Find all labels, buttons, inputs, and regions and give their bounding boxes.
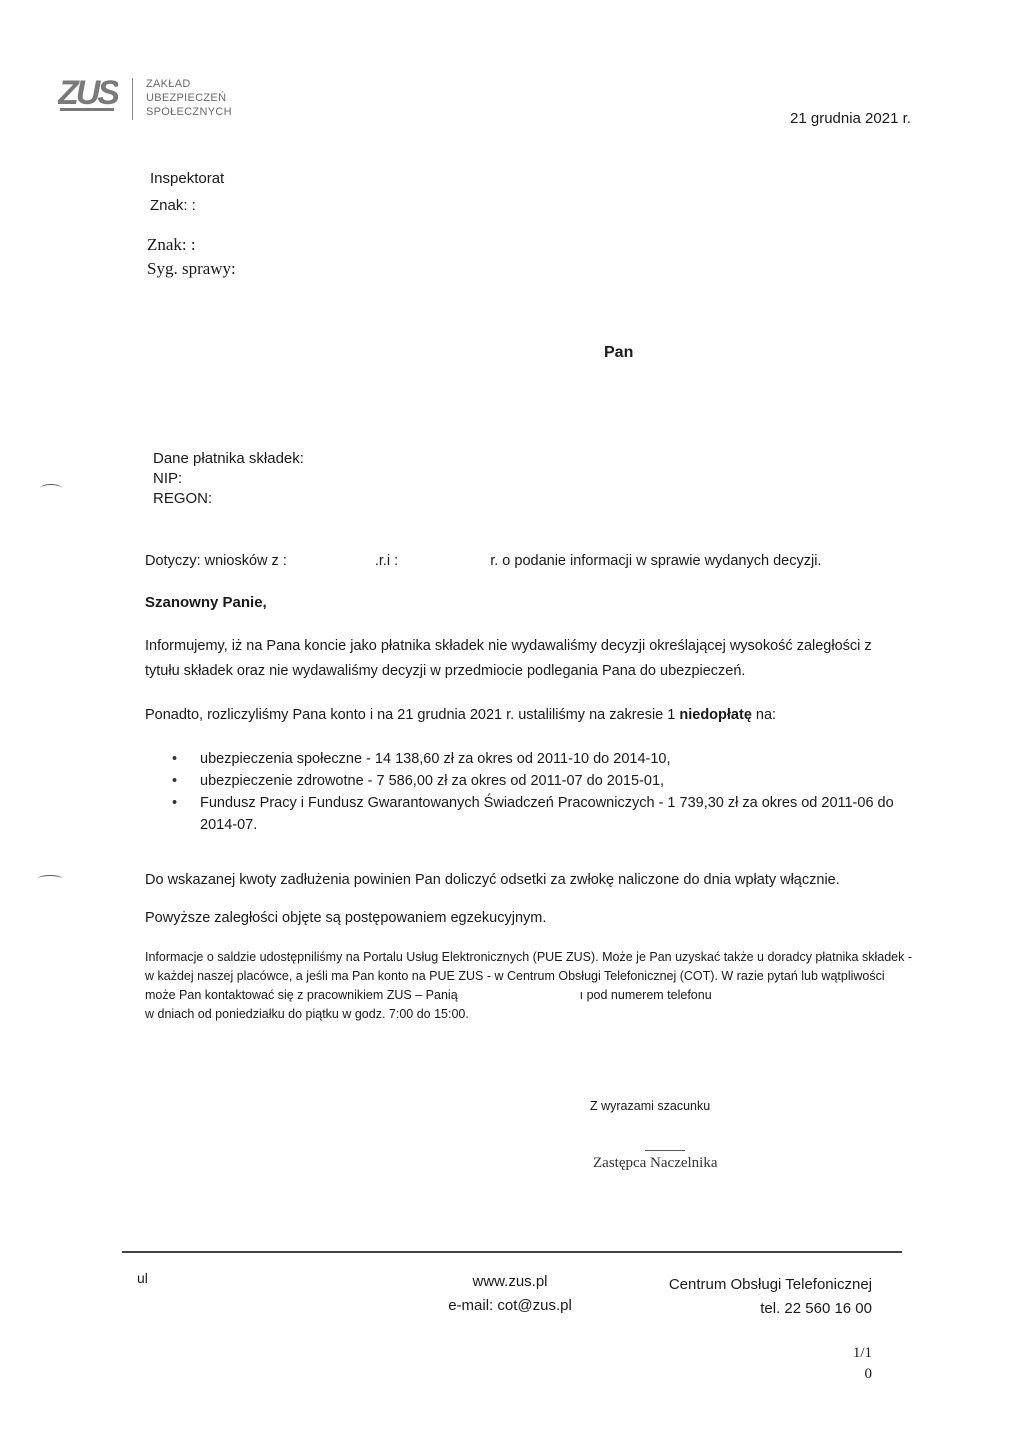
footer-call-center: Centrum Obsługi Telefonicznej tel. 22 56… bbox=[664, 1273, 872, 1321]
info-paragraph: Informacje o saldzie udostępniliśmy na P… bbox=[145, 948, 915, 1024]
office-znak: Znak: : bbox=[150, 192, 224, 219]
payer-block: Dane płatnika składek: NIP: REGON: bbox=[153, 449, 304, 509]
page-number-suffix: 0 bbox=[840, 1364, 872, 1385]
paragraph-interest: Do wskazanej kwoty zadłużenia powinien P… bbox=[145, 868, 905, 893]
footer-address: ul bbox=[137, 1270, 148, 1286]
footer-contact: www.zus.pl e-mail: cot@zus.pl bbox=[446, 1270, 574, 1318]
arrears-item: ubezpieczenie zdrowotne - 7 586,00 zł za… bbox=[172, 770, 912, 792]
recipient-name: Pan bbox=[604, 344, 633, 362]
signature-mark bbox=[645, 1150, 685, 1151]
punch-hole-mark bbox=[38, 875, 62, 882]
svg-text:ZUS: ZUS bbox=[58, 74, 118, 112]
info-text-3: w dniach od poniedziałku do piątku w god… bbox=[145, 1007, 469, 1021]
letter-date: 21 grudnia 2021 r. bbox=[790, 110, 911, 127]
signer-role: Zastępca Naczelnika bbox=[593, 1155, 718, 1172]
reference-znak: Znak: : bbox=[147, 233, 236, 257]
office-block: Inspektorat Znak: : bbox=[150, 165, 224, 219]
subject-prefix: Dotyczy: wniosków z : bbox=[145, 553, 287, 569]
arrears-item: ubezpieczenia społeczne - 14 138,60 zł z… bbox=[172, 748, 912, 770]
paragraph-decisions: Informujemy, iż na Pana koncie jako płat… bbox=[145, 634, 905, 684]
office-unit: Inspektorat bbox=[150, 165, 224, 192]
settlement-text-end: na: bbox=[752, 707, 776, 723]
subject-suffix: r. o podanie informacji w sprawie wydany… bbox=[490, 553, 821, 569]
paragraph-enforcement: Powyższe zaległości objęte są postępowan… bbox=[145, 906, 905, 931]
info-text-1: Informacje o saldzie udostępniliśmy na P… bbox=[145, 950, 912, 1002]
payer-regon: REGON: bbox=[153, 489, 304, 509]
logo-divider bbox=[132, 78, 133, 120]
call-center-label: Centrum Obsługi Telefonicznej bbox=[664, 1273, 872, 1297]
payer-nip: NIP: bbox=[153, 469, 304, 489]
reference-block: Znak: : Syg. sprawy: bbox=[147, 233, 236, 281]
settlement-bold: niedopłatę bbox=[679, 707, 752, 723]
page-number: 1/1 0 bbox=[840, 1343, 872, 1385]
info-text-2: ı pod numerem telefonu bbox=[580, 988, 712, 1002]
logo-line-3: SPOŁECZNYCH bbox=[146, 105, 232, 119]
subject-middle: .r.i : bbox=[375, 553, 398, 569]
settlement-text-start: Ponadto, rozliczyliśmy Pana konto i na 2… bbox=[145, 707, 679, 723]
footer-email[interactable]: e-mail: cot@zus.pl bbox=[446, 1294, 574, 1318]
zus-logo-mark: ZUS bbox=[58, 70, 118, 116]
payer-heading: Dane płatnika składek: bbox=[153, 449, 304, 469]
paragraph-settlement: Ponadto, rozliczyliśmy Pana konto i na 2… bbox=[145, 703, 905, 728]
closing-regards: Z wyrazami szacunku bbox=[590, 1099, 710, 1113]
logo-line-1: ZAKŁAD bbox=[146, 77, 232, 91]
logo-line-2: UBEZPIECZEŃ bbox=[146, 91, 232, 105]
page-number-value: 1/1 bbox=[840, 1343, 872, 1364]
footer-website[interactable]: www.zus.pl bbox=[446, 1270, 574, 1294]
punch-hole-mark bbox=[40, 484, 62, 493]
case-signature: Syg. sprawy: bbox=[147, 257, 236, 281]
greeting: Szanowny Panie, bbox=[145, 594, 267, 611]
logo-text: ZAKŁAD UBEZPIECZEŃ SPOŁECZNYCH bbox=[146, 77, 232, 119]
call-center-phone: tel. 22 560 16 00 bbox=[664, 1297, 872, 1321]
footer-divider bbox=[122, 1251, 902, 1253]
subject-line: Dotyczy: wniosków z :.r.i :r. o podanie … bbox=[145, 553, 821, 569]
arrears-item: Fundusz Pracy i Fundusz Gwarantowanych Ś… bbox=[172, 792, 912, 836]
arrears-list: ubezpieczenia społeczne - 14 138,60 zł z… bbox=[172, 748, 912, 836]
